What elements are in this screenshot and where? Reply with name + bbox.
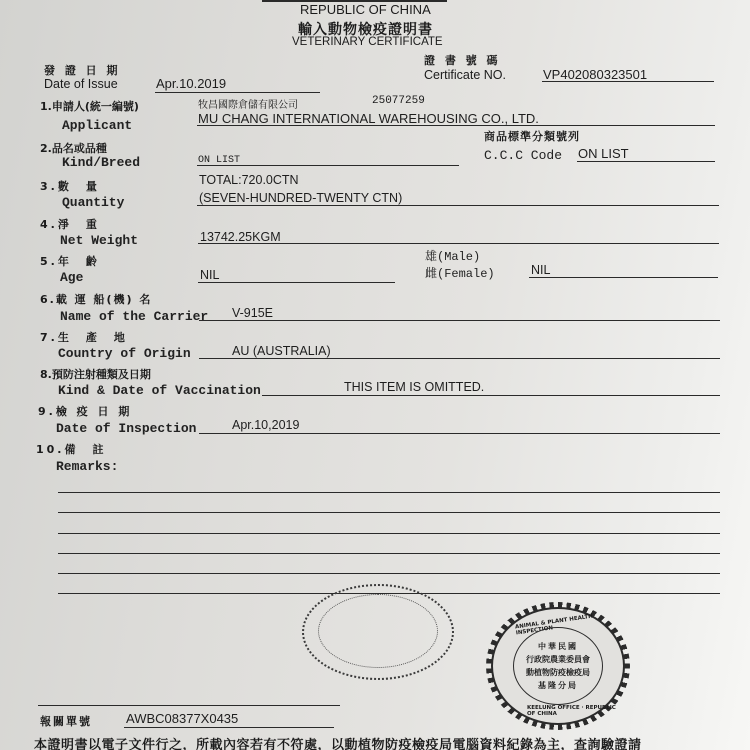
ccc-label-cn: 商品標準分類號列 bbox=[484, 128, 580, 144]
footer-notice: 本證明書以電子文件行之，所載內容若有不符處，以動植物防疫檢疫局電腦資料紀錄為主，… bbox=[34, 734, 642, 750]
ccc-underline bbox=[577, 161, 715, 162]
female-label: 雌(Female) bbox=[425, 264, 495, 281]
carrier-label-cn: 6.載 運 船(機) 名 bbox=[40, 291, 152, 307]
remarks-line bbox=[58, 533, 720, 534]
customs-underline bbox=[124, 727, 334, 728]
remarks-line bbox=[58, 553, 720, 554]
seal-line-3: 動植物防疫檢疫局 bbox=[526, 666, 590, 679]
origin-label-cn: 7.生 產 地 bbox=[40, 329, 128, 345]
customs-declaration-label: 報關單號 bbox=[40, 713, 92, 729]
issue-date-label: Date of Issue bbox=[44, 77, 118, 91]
sex-underline bbox=[529, 277, 718, 278]
seal-line-4: 基隆分局 bbox=[538, 679, 578, 692]
carrier-value: V-915E bbox=[232, 306, 273, 320]
kind-label: Kind/Breed bbox=[62, 155, 140, 170]
quantity-label: Quantity bbox=[62, 195, 124, 210]
quantity-total: TOTAL:720.0CTN bbox=[199, 173, 299, 187]
net-weight-value: 13742.25KGM bbox=[200, 230, 281, 244]
age-label-cn: 5.年 齡 bbox=[40, 253, 100, 269]
seal-line-1: 中華民國 bbox=[538, 640, 578, 653]
certificate-number: VP402080323501 bbox=[543, 67, 647, 82]
origin-value: AU (AUSTRALIA) bbox=[232, 344, 331, 358]
origin-underline bbox=[199, 358, 720, 359]
title-english: VETERINARY CERTIFICATE bbox=[292, 36, 443, 48]
remarks-line bbox=[58, 512, 720, 513]
inspection-label-cn: 9.檢 疫 日 期 bbox=[38, 403, 132, 419]
net-weight-label: Net Weight bbox=[60, 233, 138, 248]
remarks-label: Remarks: bbox=[56, 459, 118, 474]
applicant-label: Applicant bbox=[62, 118, 132, 133]
vaccination-underline bbox=[262, 395, 720, 396]
applicant-label-cn: 1.申請人(統一編號) bbox=[40, 98, 139, 114]
quantity-underline bbox=[197, 205, 719, 206]
footer-top-rule bbox=[38, 705, 340, 706]
applicant-name-cn: 牧昌國際倉儲有限公司 bbox=[198, 96, 298, 111]
ccc-label: C.C.C Code bbox=[484, 148, 562, 163]
carrier-label: Name of the Carrier bbox=[60, 309, 208, 324]
remarks-line bbox=[58, 492, 720, 493]
remarks-label-cn: 10.備 註 bbox=[36, 441, 107, 457]
age-value: NIL bbox=[200, 268, 219, 282]
origin-label: Country of Origin bbox=[58, 346, 191, 361]
certificate-label-cn: 證 書 號 碼 bbox=[424, 52, 501, 68]
ccc-value: ON LIST bbox=[578, 146, 629, 161]
quantity-words: (SEVEN-HUNDRED-TWENTY CTN) bbox=[199, 191, 402, 205]
country-heading: REPUBLIC OF CHINA bbox=[300, 2, 431, 17]
inspection-underline bbox=[199, 433, 720, 434]
certificate-label: Certificate NO. bbox=[424, 68, 506, 82]
seal-line-2: 行政院農業委員會 bbox=[526, 653, 590, 666]
issue-date-underline bbox=[155, 92, 320, 93]
issue-date-value: Apr.10.2019 bbox=[156, 76, 226, 91]
seal-ring-text-bottom: KEELUNG OFFICE · REPUBLIC OF CHINA bbox=[527, 705, 623, 717]
vaccination-value: THIS ITEM IS OMITTED. bbox=[344, 380, 484, 394]
veterinary-certificate-page: REPUBLIC OF CHINA 輸入動物檢疫證明書 VETERINARY C… bbox=[0, 0, 750, 750]
oval-signature-stamp bbox=[302, 584, 454, 680]
inspection-date-value: Apr.10,2019 bbox=[232, 418, 299, 432]
age-underline bbox=[198, 282, 395, 283]
applicant-id-number: 25077259 bbox=[372, 95, 425, 107]
kind-label-cn: 2.品名或品種 bbox=[40, 140, 107, 156]
customs-declaration-number: AWBC08377X0435 bbox=[126, 711, 238, 726]
male-label: 雄(Male) bbox=[425, 247, 480, 264]
quantity-label-cn: 3.數 量 bbox=[40, 178, 100, 194]
carrier-underline bbox=[199, 320, 720, 321]
issue-date-label-cn: 發 證 日 期 bbox=[44, 62, 121, 78]
official-seal: ANIMAL & PLANT HEALTH INSPECTION 中華民國 行政… bbox=[486, 602, 630, 730]
net-weight-underline bbox=[198, 243, 719, 244]
remarks-line bbox=[58, 573, 720, 574]
net-weight-label-cn: 4.淨 重 bbox=[40, 216, 100, 232]
certificate-underline bbox=[542, 81, 714, 82]
age-label: Age bbox=[60, 270, 83, 285]
applicant-name: MU CHANG INTERNATIONAL WAREHOUSING CO., … bbox=[198, 111, 539, 126]
applicant-underline bbox=[197, 125, 715, 126]
inspection-label: Date of Inspection bbox=[56, 421, 196, 436]
sex-value: NIL bbox=[531, 263, 550, 277]
kind-underline bbox=[197, 165, 459, 166]
vaccination-label-cn: 8.預防注射種類及日期 bbox=[40, 366, 151, 382]
vaccination-label: Kind & Date of Vaccination bbox=[58, 383, 261, 398]
